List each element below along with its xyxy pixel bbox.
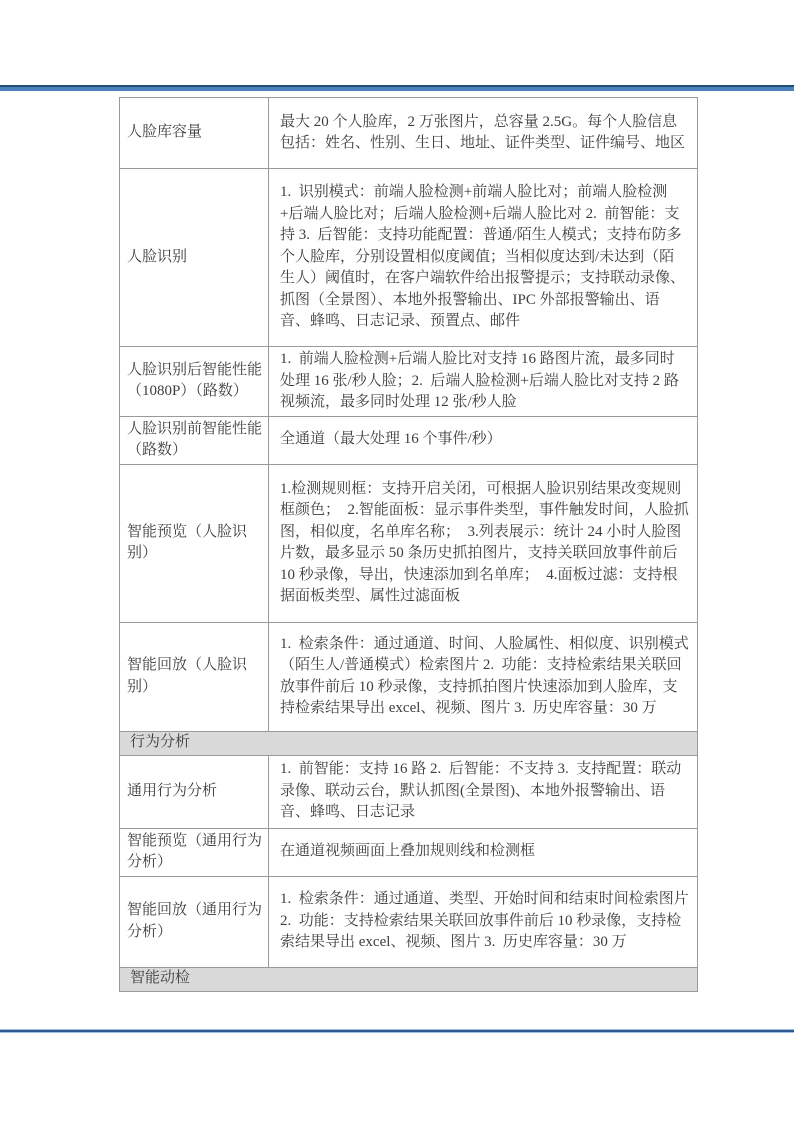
spec-value-cell: 1. 前智能：支持 16 路 2. 后智能：不支持 3. 支持配置：联动录像、联… (269, 755, 698, 828)
table-row: 通用行为分析 1. 前智能：支持 16 路 2. 后智能：不支持 3. 支持配置… (120, 755, 698, 828)
spec-label-cell: 智能回放（通用行为分析） (120, 876, 269, 967)
section-label-cell: 智能动检 (120, 967, 698, 991)
spec-value-cell: 1. 检索条件：通过通道、时间、人脸属性、相似度、识别模式（陌生人/普通模式）检… (269, 622, 698, 731)
spec-label-cell: 人脸识别前智能性能（路数） (120, 416, 269, 464)
spec-label-cell: 智能预览（人脸识别） (120, 464, 269, 622)
spec-label-cell: 智能预览（通用行为分析） (120, 828, 269, 876)
section-row: 智能动检 (120, 967, 698, 991)
table-row: 智能预览（通用行为分析） 在通道视频画面上叠加规则线和检测框 (120, 828, 698, 876)
table-row: 智能回放（人脸识别） 1. 检索条件：通过通道、时间、人脸属性、相似度、识别模式… (120, 622, 698, 731)
spec-label-cell: 智能回放（人脸识别） (120, 622, 269, 731)
table-row: 智能预览（人脸识别） 1.检测规则框：支持开启关闭，可根据人脸识别结果改变规则框… (120, 464, 698, 622)
spec-value-cell: 1.检测规则框：支持开启关闭，可根据人脸识别结果改变规则框颜色； 2.智能面板：… (269, 464, 698, 622)
spec-value-cell: 全通道（最大处理 16 个事件/秒） (269, 416, 698, 464)
spec-value-cell: 在通道视频画面上叠加规则线和检测框 (269, 828, 698, 876)
spec-value-cell: 1. 检索条件：通过通道、类型、开始时间和结束时间检索图片 2. 功能：支持检索… (269, 876, 698, 967)
spec-label-cell: 人脸库容量 (120, 98, 269, 169)
spec-value-cell: 1. 识别模式：前端人脸检测+前端人脸比对；前端人脸检测+后端人脸比对；后端人脸… (269, 169, 698, 347)
table-row: 智能回放（通用行为分析） 1. 检索条件：通过通道、类型、开始时间和结束时间检索… (120, 876, 698, 967)
section-label-cell: 行为分析 (120, 731, 698, 755)
spec-label-cell: 人脸识别 (120, 169, 269, 347)
spec-label-cell: 人脸识别后智能性能（1080P）（路数） (120, 347, 269, 417)
table-row: 人脸库容量 最大 20 个人脸库，2 万张图片，总容量 2.5G。每个人脸信息包… (120, 98, 698, 169)
section-row: 行为分析 (120, 731, 698, 755)
spec-value-cell: 1. 前端人脸检测+后端人脸比对支持 16 路图片流，最多同时处理 16 张/秒… (269, 347, 698, 417)
spec-table: 人脸库容量 最大 20 个人脸库，2 万张图片，总容量 2.5G。每个人脸信息包… (119, 97, 698, 992)
spec-label-cell: 通用行为分析 (120, 755, 269, 828)
table-row: 人脸识别后智能性能（1080P）（路数） 1. 前端人脸检测+后端人脸比对支持 … (120, 347, 698, 417)
table-row: 人脸识别 1. 识别模式：前端人脸检测+前端人脸比对；前端人脸检测+后端人脸比对… (120, 169, 698, 347)
spec-value-cell: 最大 20 个人脸库，2 万张图片，总容量 2.5G。每个人脸信息包括：姓名、性… (269, 98, 698, 169)
header-rule (0, 85, 794, 91)
footer-rule (0, 1029, 794, 1033)
table-row: 人脸识别前智能性能（路数） 全通道（最大处理 16 个事件/秒） (120, 416, 698, 464)
document-page: 人脸库容量 最大 20 个人脸库，2 万张图片，总容量 2.5G。每个人脸信息包… (0, 0, 794, 1123)
